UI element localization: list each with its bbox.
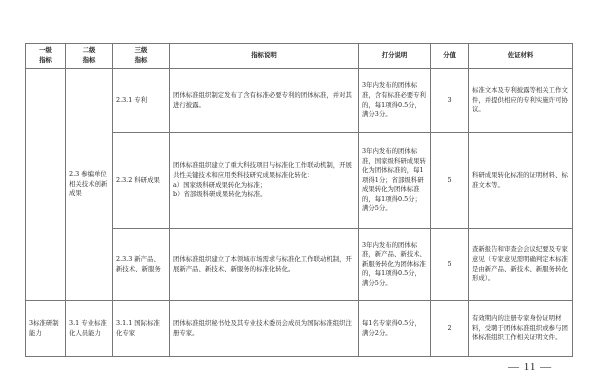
level3-cell: 2.3.2 科研成果: [113, 133, 170, 229]
page-number: — 11 —: [508, 361, 552, 373]
level1-cell: 3标准研制能力: [26, 301, 66, 357]
description-cell: 团体标准组织建立了本领域市场需求与标准化工作联动机制，开展新产品、新技术、新服务…: [170, 229, 359, 301]
level1-cell: [26, 69, 66, 301]
scoring-cell: 每1名专家得0.5分，满分2分。: [359, 301, 431, 357]
level3-cell: 2.3.3 新产品、新技术、新服务: [113, 229, 170, 301]
header-scoring: 打分说明: [359, 44, 431, 69]
table-row: 3标准研制能力 3.1 专业标准化人员能力 3.1.1 国际标准化专家 团体标准…: [26, 301, 573, 357]
header-level1: 一级 指标: [26, 44, 66, 69]
level2-cell: 2.3 参编单位相关技术创新成果: [66, 69, 113, 301]
evidence-cell: 有效期内的注册专家身份证明材料，受聘于团体标准组织或参与团体标准组织工作相关证明…: [469, 301, 573, 357]
score-cell: 2: [431, 301, 469, 357]
scoring-cell: 3年内发布的团体标准，含有标准必要专利的，每1项得0.5分，满分3分。: [359, 69, 431, 133]
header-level3: 三级 指标: [113, 44, 170, 69]
header-level2: 二级 指标: [66, 44, 113, 69]
level3-cell: 3.1.1 国际标准化专家: [113, 301, 170, 357]
scoring-cell: 3年内发布的团体标准，新产品、新技术、新服务转化为团体标准的，每1项得0.5分，…: [359, 229, 431, 301]
table-header-row: 一级 指标 二级 指标 三级 指标 指标说明 打分说明 分值 佐证材料: [26, 44, 573, 69]
evidence-cell: 查新报告和审查会会议纪要及专家意见（专家意见需明确判定本标准是由新产品、新技术、…: [469, 229, 573, 301]
indicator-table: 一级 指标 二级 指标 三级 指标 指标说明 打分说明 分值 佐证材料: [25, 43, 573, 357]
level3-cell: 2.3.1 专利: [113, 69, 170, 133]
level2-cell: 3.1 专业标准化人员能力: [66, 301, 113, 357]
header-evidence: 佐证材料: [469, 44, 573, 69]
header-score: 分值: [431, 44, 469, 69]
score-cell: 5: [431, 133, 469, 229]
description-cell: 团体标准组织建立了重大科技项目与标准化工作联动机制，开展共性关键技术和应用类科技…: [170, 133, 359, 229]
score-cell: 3: [431, 69, 469, 133]
header-description: 指标说明: [170, 44, 359, 69]
description-cell: 团体标准组织制定发布了含有标准必要专利的团体标准，并对其进行披露。: [170, 69, 359, 133]
description-cell: 团体标准组织秘书处及其专业技术委员会成员为国际标准组织注册专家。: [170, 301, 359, 357]
score-cell: 5: [431, 229, 469, 301]
scoring-cell: 3年内发布的团体标准，国家级科研成果转化为团体标准的，每1项得1分；省部级科研成…: [359, 133, 431, 229]
document-page: 一级 指标 二级 指标 三级 指标 指标说明 打分说明 分值 佐证材料: [0, 0, 600, 386]
evidence-cell: 标准文本及专利披露等相关工作文件，并提供相应的专利实施许可协议。: [469, 69, 573, 133]
table-row: 2.3 参编单位相关技术创新成果 2.3.1 专利 团体标准组织制定发布了含有标…: [26, 69, 573, 133]
evidence-cell: 科研成果转化标准的证明材料、标准文本等。: [469, 133, 573, 229]
